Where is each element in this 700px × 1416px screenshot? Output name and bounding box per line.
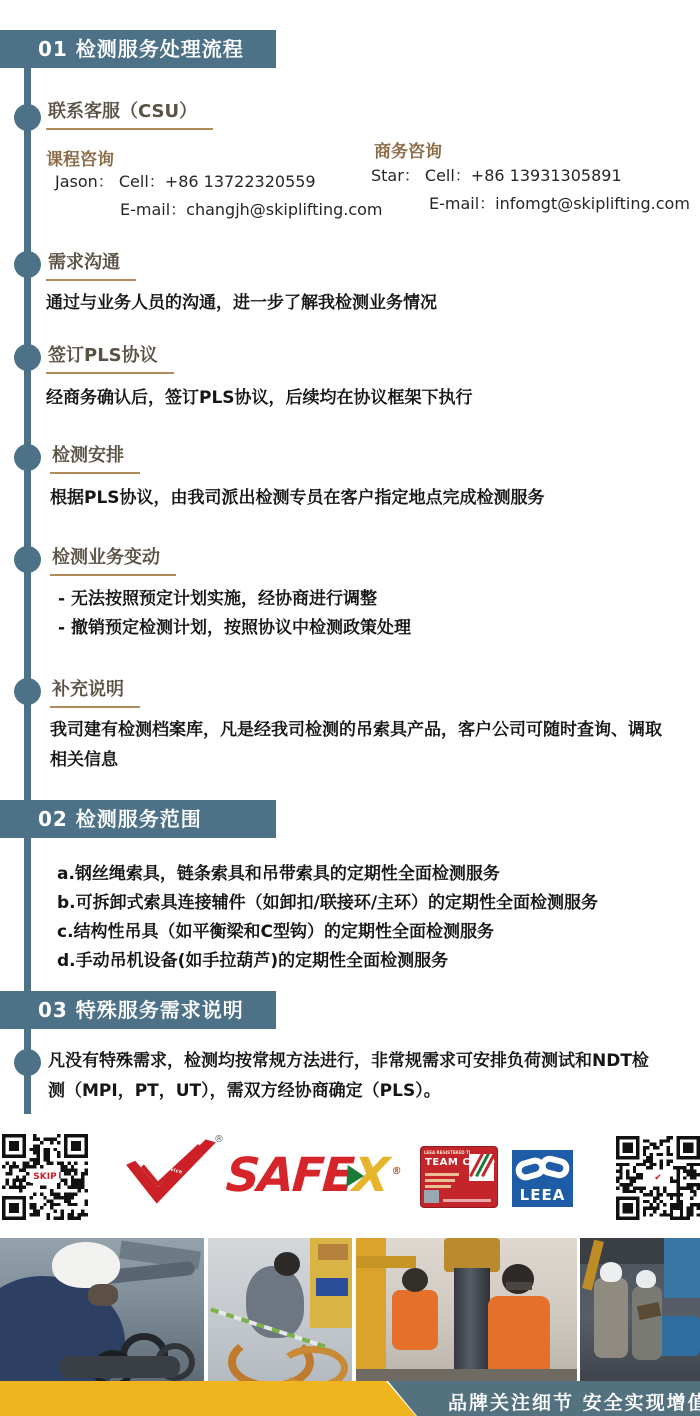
scope-item: d.手动吊机设备(如手拉葫芦)的定期性全面检测服务 [57,947,598,976]
scope-item: c.结构性吊具（如平衡梁和C型钩）的定期性全面检测服务 [57,918,598,947]
step-title-contact-csu: 联系客服（CSU） [46,97,213,130]
registered-mark: ® [390,1146,404,1198]
leea-team-card: LEEA REGISTERED TECHNICIAN TEAM CARD [420,1146,498,1208]
scope-item: a.钢丝绳索具，链条索具和吊带索具的定期性全面检测服务 [57,860,598,889]
contact-left-phone: Jason： Cell：+86 13722320559 [55,169,316,192]
contact-right-label: 商务咨询 [374,137,442,162]
timeline-dot [14,251,41,278]
bullet-item: - 撤销预定检测计划，按照协议中检测政策处理 [58,614,411,643]
step-title-arrange: 检测安排 [50,441,140,474]
photo-worker-checking-slings [208,1238,352,1381]
qr-code-left: SKIP [2,1134,88,1220]
timeline-dot [14,444,41,471]
section-header-01: 01 检测服务处理流程 [0,30,276,68]
timeline-dot [14,1049,41,1076]
step-title-supplement: 补充说明 [50,675,140,708]
qr-left-center-label: SKIP [30,1171,59,1183]
contact-left-label: 课程咨询 [46,145,114,170]
leea-logo: LEEA [512,1150,573,1207]
photo-site-survey [580,1238,700,1381]
qr-right-center-label: ✔ [651,1172,665,1184]
team-card-field-row [425,1185,451,1188]
contact-right-phone: Star： Cell：+86 13931305891 [371,163,622,186]
leea-wordmark: LEEA [512,1186,573,1204]
step-title-demand: 需求沟通 [46,248,136,281]
scope-list: a.钢丝绳索具，链条索具和吊带索具的定期性全面检测服务 b.可拆卸式索具连接辅件… [57,860,598,976]
timeline-dot [14,678,41,705]
team-card-pens-icon [469,1154,494,1181]
team-card-photo-box [424,1190,439,1203]
safex-arrow-icon [347,1165,366,1187]
team-card-footer-row [443,1199,491,1202]
skip-check-logo: SKIP in Service ® [122,1138,224,1208]
qr-code-right: ✔ [616,1136,700,1220]
step-body-arrange: 根据PLS协议，由我司派出检测专员在客户指定地点完成检测服务 [50,483,545,508]
timeline-dot [14,104,41,131]
step-body-supplement: 我司建有检测档案库，凡是经我司检测的吊索具产品，客户公司可随时查询、调取相关信息 [50,715,672,775]
timeline-line [24,68,31,1114]
section-header-02: 02 检测服务范围 [0,800,276,838]
section-header-03: 03 特殊服务需求说明 [0,991,276,1029]
step-body-pls: 经商务确认后，签订PLS协议，后续均在协议框架下执行 [46,383,473,408]
timeline-dot [14,344,41,371]
step-change-bullets: - 无法按照预定计划实施，经协商进行调整 - 撤销预定检测计划，按照协议中检测政… [58,585,411,643]
footer-yellow-band [0,1381,420,1416]
scope-item: b.可拆卸式索具连接辅件（如卸扣/联接环/主环）的定期性全面检测服务 [57,889,598,918]
team-card-field-row [425,1173,459,1176]
team-card-header: LEEA REGISTERED TECHNICIAN [424,1150,470,1155]
chain-icon [512,1152,573,1186]
registered-mark: ® [214,1134,224,1145]
flyer-page: 01 检测服务处理流程 02 检测服务范围 03 特殊服务需求说明 联系客服（C… [0,0,700,1416]
photo-worker-inspecting-shackles [0,1238,204,1381]
step-title-change: 检测业务变动 [50,543,176,576]
timeline-dot [14,546,41,573]
safex-logo: SAFEX® [226,1150,406,1204]
contact-left-email: E-mail：changjh@skiplifting.com [120,197,383,220]
step-title-pls: 签订PLS协议 [46,341,174,374]
contact-right-email: E-mail：infomgt@skiplifting.com [429,191,690,214]
photo-load-test-inspection [356,1238,577,1381]
team-card-field-row [425,1179,455,1182]
step-body-demand: 通过与业务人员的沟通，进一步了解我检测业务情况 [46,288,437,313]
footer-slogan: 品牌关注细节 安全实现增值 [448,1388,700,1415]
safex-word-safe: SAFE [224,1150,354,1202]
bullet-item: - 无法按照预定计划实施，经协商进行调整 [58,585,411,614]
safex-word-x: X® [352,1150,392,1202]
special-note: 凡没有特殊需求，检测均按常规方法进行，非常规需求可安排负荷测试和NDT检测（MP… [48,1046,662,1106]
